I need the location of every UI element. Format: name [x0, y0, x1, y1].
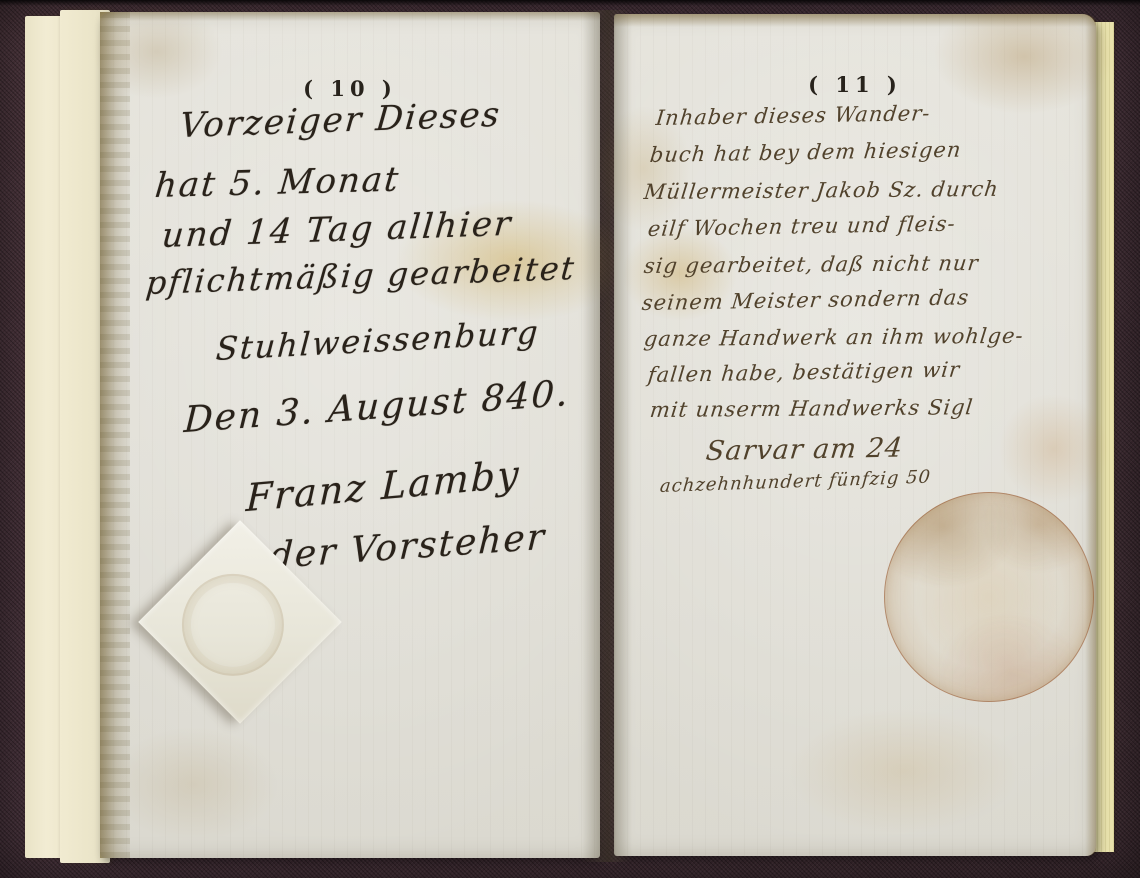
book-photo: ( 10 ) Vorzeiger Dieses hat 5. Monat und…: [0, 0, 1140, 878]
handwriting-line: fallen habe, bestätigen wir: [647, 358, 962, 387]
foxing-stain: [789, 709, 1019, 834]
handwriting-line: Inhaber dieses Wander-: [655, 101, 932, 130]
handwriting-signature: der Vorsteher: [269, 517, 547, 578]
handwriting-line: buch hat bey dem hiesigen: [649, 138, 963, 167]
page-number-left: ( 10 ): [303, 76, 397, 101]
embossed-circle-emblem: [161, 553, 305, 697]
left-page: ( 10 ) Vorzeiger Dieses hat 5. Monat und…: [100, 12, 600, 858]
handwriting-line: seinem Meister sondern das: [641, 285, 971, 315]
page-edge-foxing: [614, 14, 1096, 27]
handwriting-line: pflichtmäßig gearbeitet: [144, 249, 577, 302]
handwriting-line: Stuhlweissenburg: [215, 313, 541, 368]
right-page: ( 11 ) Inhaber dieses Wander- buch hat b…: [614, 14, 1096, 856]
foxing-stain: [108, 727, 278, 842]
foxing-stain: [934, 0, 1114, 114]
page-edge-foxing: [100, 12, 130, 858]
handwriting-line: Vorzeiger Dieses: [178, 95, 503, 146]
foxing-stain: [92, 4, 222, 99]
handwriting-dateline: Sarvar am 24: [704, 433, 904, 467]
handwriting-dateline: achzehnhundert fünfzig 50: [659, 466, 932, 497]
handwriting-line: ganze Handwerk an ihm wohlge-: [643, 324, 1025, 351]
page-fore-edge: [1094, 22, 1114, 852]
foxing-stain: [999, 394, 1109, 504]
handwriting-line: und 14 Tag allhier: [160, 204, 514, 256]
handwriting-line: Den 3. August 840.: [183, 373, 571, 441]
page-edge-foxing: [100, 12, 600, 21]
handwriting-line: sig gearbeitet, daß nicht nur: [643, 251, 980, 278]
handwriting-signature: Franz Lamby: [245, 452, 521, 520]
round-seal: [884, 492, 1094, 702]
handwriting-line: eilf Wochen treu und fleis-: [647, 212, 957, 241]
handwriting-line: Müllermeister Jakob Sz. durch: [643, 177, 1001, 204]
page-number-right: ( 11 ): [808, 72, 902, 97]
page-edge-foxing: [1085, 14, 1096, 856]
handwriting-line: mit unserm Handwerks Sigl: [649, 395, 975, 422]
handwriting-line: hat 5. Monat: [153, 160, 402, 207]
